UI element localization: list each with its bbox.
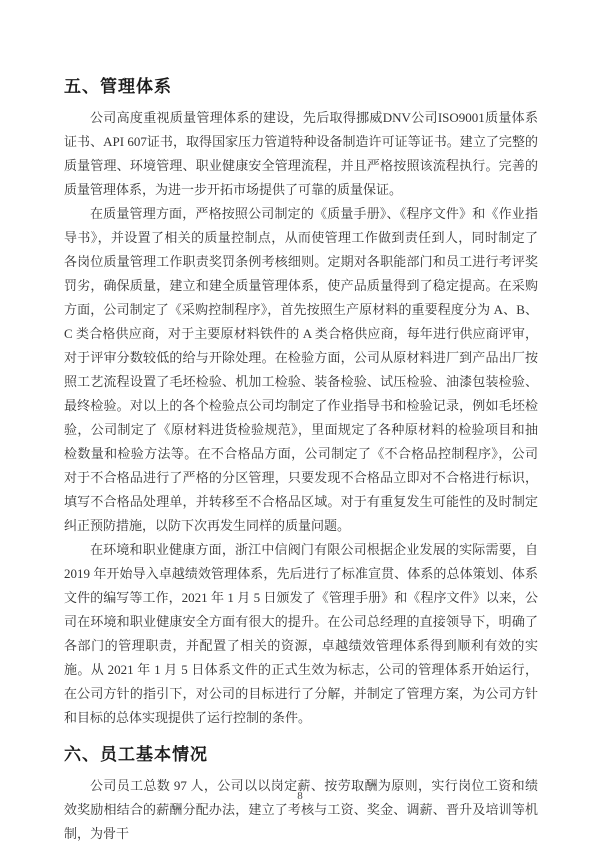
section-heading-management-system: 五、管理体系 — [64, 76, 538, 98]
paragraph-quality-management-detail: 在质量管理方面，严格按照公司制定的《质量手册》、《程序文件》和《作业指导书》，并… — [64, 202, 538, 538]
paragraph-employee-overview: 公司员工总数 97 人，公司以以岗定薪、按劳取酬为原则，实行岗位工资和绩效奖励相… — [64, 774, 538, 846]
paragraph-environment-occupational-health: 在环境和职业健康方面，浙江中信阀门有限公司根据企业发展的实际需要，自 2019 … — [64, 538, 538, 730]
paragraph-quality-certificates: 公司高度重视质量管理体系的建设，先后取得挪威DNV公司ISO9001质量体系证书… — [64, 106, 538, 202]
section-heading-employee-basic-info: 六、员工基本情况 — [64, 744, 538, 766]
section-management-system: 五、管理体系 公司高度重视质量管理体系的建设，先后取得挪威DNV公司ISO900… — [64, 76, 538, 730]
document-page: 五、管理体系 公司高度重视质量管理体系的建设，先后取得挪威DNV公司ISO900… — [0, 0, 600, 848]
page-content: 五、管理体系 公司高度重视质量管理体系的建设，先后取得挪威DNV公司ISO900… — [0, 0, 600, 846]
page-number: 8 — [0, 790, 600, 802]
